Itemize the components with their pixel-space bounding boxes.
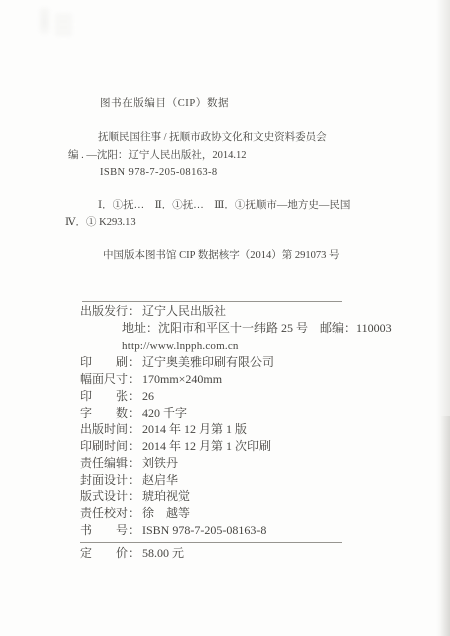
divider-top bbox=[82, 301, 342, 302]
colophon-label: 责任编辑： bbox=[80, 455, 142, 472]
divider-bottom bbox=[80, 542, 342, 543]
colophon-label: 版式设计： bbox=[80, 488, 142, 505]
colophon-label: 出版发行： bbox=[80, 303, 142, 320]
colophon-value: 赵启华 bbox=[142, 473, 178, 487]
colophon-label: 书 号： bbox=[80, 522, 142, 539]
colophon-value: 170mm×240mm bbox=[142, 372, 222, 386]
colophon-value: 刘铁丹 bbox=[142, 456, 178, 470]
colophon-row-layout-design: 版式设计：琥珀视觉 bbox=[80, 488, 410, 505]
colophon-row-word-count: 字 数：420 千字 bbox=[80, 405, 410, 422]
colophon-value: 徐 越等 bbox=[142, 506, 190, 520]
colophon-label: 出版时间： bbox=[80, 421, 142, 438]
cip-record-line: 中国版本图书馆 CIP 数据核字（2014）第 291073 号 bbox=[103, 247, 339, 265]
cip-title-line: 抚顺民国往事 / 抚顺市政协文化和文史资料委员会 bbox=[98, 129, 327, 147]
colophon-value: 2014 年 12 月第 1 次印刷 bbox=[142, 439, 271, 453]
colophon-label: 印刷时间： bbox=[80, 438, 142, 455]
colophon-label: 印 刷： bbox=[80, 354, 142, 371]
colophon-row-editor: 责任编辑：刘铁丹 bbox=[80, 455, 410, 472]
ink-bleed-mark bbox=[40, 8, 49, 34]
colophon-label: 印 张： bbox=[80, 388, 142, 405]
cip-publisher-line: 编 . —沈阳：辽宁人民出版社，2014.12 bbox=[68, 147, 247, 165]
colophon-row-proofreader: 责任校对：徐 越等 bbox=[80, 505, 410, 522]
colophon-row-format-size: 幅面尺寸：170mm×240mm bbox=[80, 371, 410, 388]
book-copyright-page: 图书在版编目（CIP）数据 抚顺民国往事 / 抚顺市政协文化和文史资料委员会 编… bbox=[0, 0, 450, 636]
ink-bleed-mark bbox=[55, 14, 72, 36]
colophon-row-isbn: 书 号：ISBN 978-7-205-08163-8 bbox=[80, 522, 410, 539]
colophon-row-address: 地址：沈阳市和平区十一纬路 25 号 邮编：110003 bbox=[80, 320, 410, 337]
scan-edge-shadow-bottom bbox=[440, 416, 450, 636]
colophon-label: 定 价： bbox=[80, 545, 142, 562]
colophon-value: 420 千字 bbox=[142, 406, 187, 420]
colophon-row-printer: 印 刷：辽宁奥美雅印刷有限公司 bbox=[80, 354, 410, 371]
colophon-value: 58.00 元 bbox=[142, 546, 184, 560]
colophon-value: 沈阳市和平区十一纬路 25 号 邮编：110003 bbox=[158, 321, 392, 335]
colophon-block: 出版发行：辽宁人民出版社 地址：沈阳市和平区十一纬路 25 号 邮编：11000… bbox=[80, 303, 410, 561]
cip-classification-line-2: Ⅳ．① K293.13 bbox=[65, 214, 136, 232]
cip-isbn-line: ISBN 978-7-205-08163-8 bbox=[100, 164, 218, 182]
colophon-value: ISBN 978-7-205-08163-8 bbox=[142, 523, 266, 537]
colophon-label: 责任校对： bbox=[80, 505, 142, 522]
cip-heading: 图书在版编目（CIP）数据 bbox=[100, 95, 229, 113]
colophon-row-website: http://www.lnpph.com.cn bbox=[80, 337, 410, 355]
colophon-value: 2014 年 12 月第 1 版 bbox=[142, 422, 247, 436]
colophon-value: 辽宁人民出版社 bbox=[142, 304, 226, 318]
colophon-value: 辽宁奥美雅印刷有限公司 bbox=[142, 355, 274, 369]
colophon-row-sheets: 印 张：26 bbox=[80, 388, 410, 405]
colophon-label: 字 数： bbox=[80, 405, 142, 422]
colophon-row-price: 定 价：58.00 元 bbox=[80, 545, 410, 562]
colophon-row-print-date: 印刷时间：2014 年 12 月第 1 次印刷 bbox=[80, 438, 410, 455]
colophon-row-publisher: 出版发行：辽宁人民出版社 bbox=[80, 303, 410, 320]
colophon-label: 封面设计： bbox=[80, 472, 142, 489]
colophon-value: 26 bbox=[142, 389, 154, 403]
colophon-value: 琥珀视觉 bbox=[142, 489, 190, 503]
cip-classification-line-1: Ⅰ．①抚… Ⅱ．①抚… Ⅲ．①抚顺市—地方史—民国 bbox=[98, 197, 350, 215]
colophon-row-publish-date: 出版时间：2014 年 12 月第 1 版 bbox=[80, 421, 410, 438]
publisher-url: http://www.lnpph.com.cn bbox=[122, 340, 239, 352]
colophon-label: 地址： bbox=[122, 320, 158, 337]
colophon-label: 幅面尺寸： bbox=[80, 371, 142, 388]
colophon-row-cover-design: 封面设计：赵启华 bbox=[80, 472, 410, 489]
scan-edge-shadow bbox=[436, 0, 450, 636]
